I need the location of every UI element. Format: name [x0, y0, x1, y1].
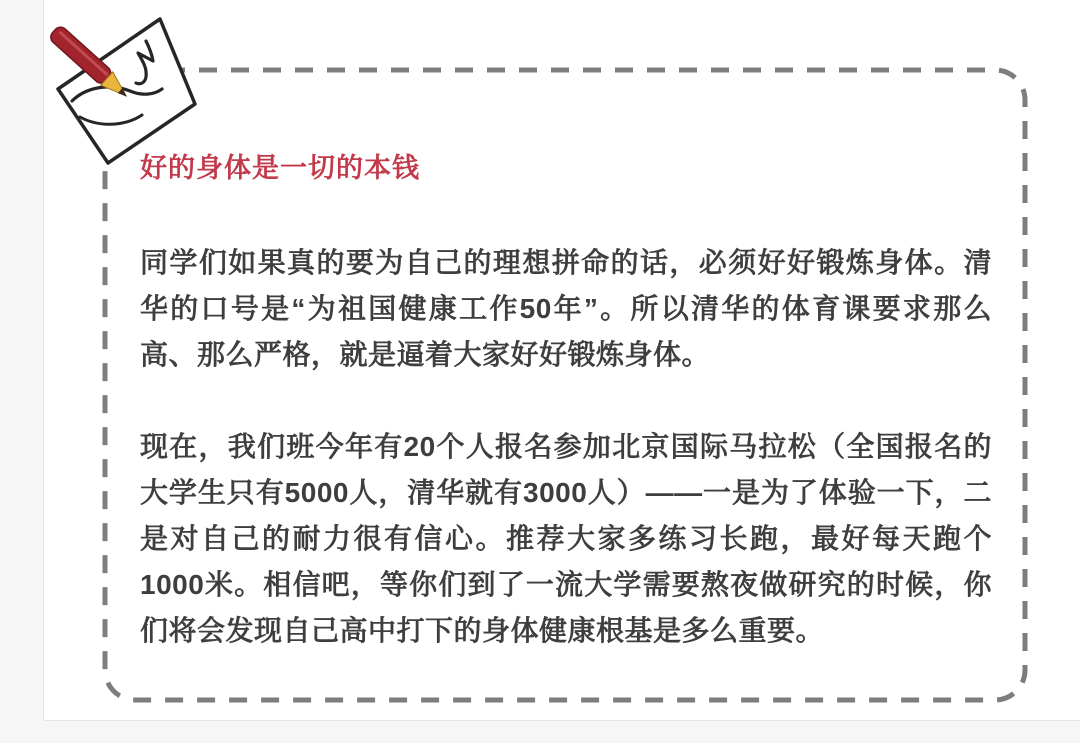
note-heading: 好的身体是一切的本钱: [140, 146, 1000, 185]
note-paragraph-2: 现在，我们班今年有20个人报名参加北京国际马拉松（全国报名的大学生只有5000人…: [140, 424, 992, 654]
note-paragraph-1: 同学们如果真的要为自己的理想拼命的话，必须好好锻炼身体。清华的口号是“为祖国健康…: [140, 240, 992, 378]
note-card-page: 好的身体是一切的本钱 同学们如果真的要为自己的理想拼命的话，必须好好锻炼身体。清…: [0, 0, 1080, 743]
